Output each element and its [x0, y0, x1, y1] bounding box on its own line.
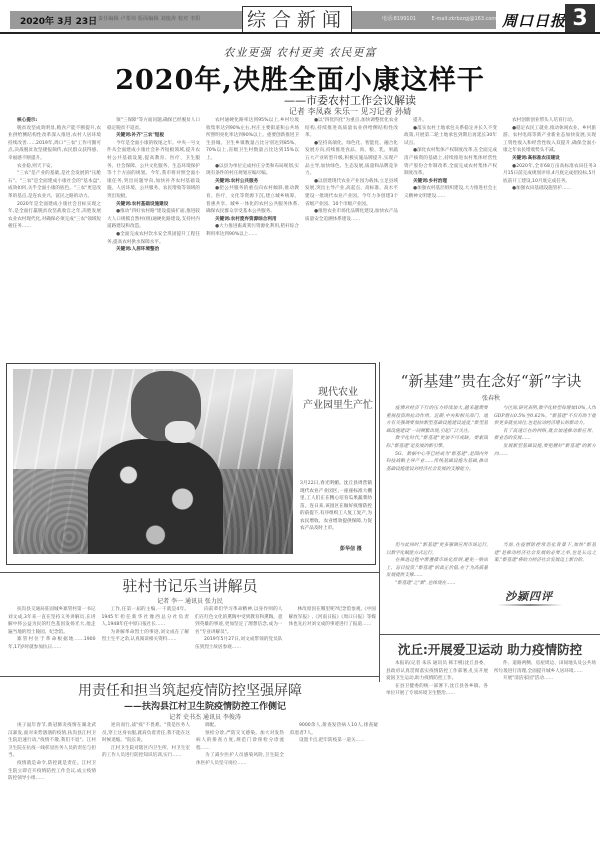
- opinion-body-bottom: 但与此同时,"新基建"更多强调应用市场运行,以数字化赋能方式运行。 在推进过程中…: [386, 542, 596, 622]
- story2-column-4: 林改原因在哪里呢?纪念馆参观,《中国解放军报》,《河南日报》《周口日报》等媒体也…: [289, 606, 377, 670]
- lead-column-1: 核心提示: 脱贫攻坚成效明显,粮食产能不断提升,农业供给侧结构性改革深入推进,农…: [8, 117, 101, 357]
- story3-body: 庚子鼠年春节,新冠肺炎疫情在湖北武汉暴发,面对来势汹汹的疫情,扶沟县江村卫生院迅…: [8, 722, 378, 844]
- story4-body: 本报讯(记者 朱乐 通讯员 韩丰桃)沈丘县委、县政府认真贯彻落实疫情防控工作部署…: [386, 660, 596, 844]
- contact-line: 电话:8199101 E-mail:zkrbzzgj@163.com: [382, 15, 496, 22]
- section-divider: [380, 634, 600, 635]
- story3-column-3: 调配。 预检分诊,严防交叉感染。加大对发热病人的排查力度,规范门诊预检分诊流程……: [196, 722, 284, 844]
- section-divider: [0, 572, 380, 573]
- lead-byline: 记者 李凤森 朱乐一 见习记者 孙婧: [150, 106, 550, 117]
- photo-title: 现代农业 产业园里生产忙: [300, 386, 376, 412]
- story2-headline: 驻村书记乐当讲解员: [0, 575, 380, 596]
- lead-column-2: 领"三保障"等方面问题,确保已经脱贫人口稳定脱贫不返贫。 关键词:补齐"三农"短…: [107, 117, 200, 357]
- opinion-headline: “新基建”贵在念好“新”字诀: [385, 370, 597, 391]
- story3-column-4: 9000余人,排查发热病人10人,排查疑似患者7人。 设置卡点,把牢防疫第一道关…: [290, 722, 378, 844]
- column-logo: 沙颍四评: [505, 588, 553, 604]
- story3-headline: 用责任和担当筑起疫情防控坚强屏障: [0, 680, 380, 700]
- story2-column-1: 扶沟县交通局驻固城乡寨管村第一书记刘文成,3年来一直在坚持义务讲解员,在讲解中将…: [8, 606, 96, 670]
- contact-hotline: 电话:8199101: [382, 16, 416, 22]
- lead-column-4: ●以"四优四化"为重点,加快调整优化农业结构,持续推进高质量农业供给侧结构性改革…: [305, 117, 398, 357]
- story3-column-2: 逆向而行,战"疫"不畏难。"我是医务人员,穿上这身衣服,就肩负着责任,我不能在这…: [102, 722, 190, 844]
- story3-column-1: 庚子鼠年春节,新冠肺炎疫情在湖北武汉暴发,面对来势汹汹的疫情,扶沟县江村卫生院迅…: [8, 722, 96, 844]
- section-title: 综合新闻: [242, 6, 352, 32]
- worker-figure: [88, 439, 223, 554]
- opinion-column-1: 疫情对经济下行的压力持续加大,越来越需要重视投资的拉动作用。近期,中央和相关部门…: [386, 405, 488, 540]
- opinion-column-4: 当前,在疫情防控常态化背景下,加快"新基建"是推动经济社会发展的必要之举,也是长…: [494, 542, 596, 622]
- lead-column-3: 农村通硬化路率达到95%以上,乡村垃圾收集率达到90%左右,村庄主要街道和公共场…: [206, 117, 299, 357]
- lead-body: 核心提示: 脱贫攻坚成效明显,粮食产能不断提升,农业供给侧结构性改革深入推进,农…: [8, 117, 596, 357]
- face-mask: [165, 421, 195, 443]
- paper-logo: 周口日报: [502, 10, 566, 31]
- editors-line: 责任编辑 卢郑伟 版面编辑 刘俊涛 校对 李阳: [98, 15, 201, 22]
- news-photo: [13, 369, 293, 554]
- masthead-rule: [0, 32, 600, 34]
- issue-date: 2020年 3月 23日: [20, 14, 97, 27]
- story3-subhead: ——扶沟县江村卫生院疫情防控工作侧记: [30, 699, 380, 712]
- photo-caption: 3月22日,春光明媚。沈丘县周营镇现代农业产业园区,一座座标准大棚里,工人们正在…: [300, 480, 372, 533]
- story2-body: 扶沟县交通局驻固城乡寨管村第一书记刘文成,3年来一直在坚持义务讲解员,在讲解中将…: [8, 606, 376, 670]
- story4-headline: 沈丘:开展爱卫运动 助力疫情防控: [383, 640, 597, 658]
- story2-column-2: 工作,任第一届的主编,一干就是4年。1945年担任新华社豫西总分社负责人,194…: [102, 606, 190, 670]
- story2-byline: 记者 李一 通讯员 张力民: [0, 596, 380, 605]
- opinion-column-2: 与区间,研究表明,数字化转型每增加10%,人均GDP增长0.5%至0.62%。"…: [494, 405, 596, 540]
- photo-credit: 彭华信 摄: [340, 545, 362, 552]
- opinion-body-top: 疫情对经济下行的压力持续加大,越来越需要重视投资的拉动作用。近期,中央和相关部门…: [386, 405, 596, 540]
- story3-byline: 记者 史书杰 通讯员 李俊涛: [30, 712, 380, 721]
- opinion-author: 张春秋: [385, 393, 597, 402]
- lead-column-5: 提升。 ●落实农村土地承包关系稳定并长久不变政策,开展第二轮土地承包到期后再延长…: [404, 117, 497, 357]
- page-number: 3: [565, 4, 595, 34]
- contact-email: E-mail:zkrbzzgj@163.com: [432, 16, 497, 22]
- story4-column-1: 本报讯(记者 朱乐 通讯员 韩丰桃)沈丘县委、县政府认真贯彻落实疫情防控工作部署…: [386, 660, 488, 844]
- story4-column-2: 件、道路两侧、房屋周边、田间地头及公共场所垃圾进行清理,全面提升城乡人居环境………: [494, 660, 596, 844]
- masthead: 2020年 3月 23日 责任编辑 卢郑伟 版面编辑 刘俊涛 校对 李阳 综合新…: [0, 0, 600, 40]
- story2-column-3: 向前辈们学习革命精神,以身作则的人们在红色文化的熏陶中受到教育和熏陶。意到英雄的…: [195, 606, 283, 670]
- lead-column-6: 农村创新创业带头人培育行动。 ●稳定农民工就业,推动休闲农业、乡村旅游、农村电商…: [503, 117, 596, 357]
- opinion-column-3: 但与此同时,"新基建"更多强调应用市场运行,以数字化赋能方式运行。 在推进过程中…: [386, 542, 488, 622]
- section-divider: [0, 676, 380, 677]
